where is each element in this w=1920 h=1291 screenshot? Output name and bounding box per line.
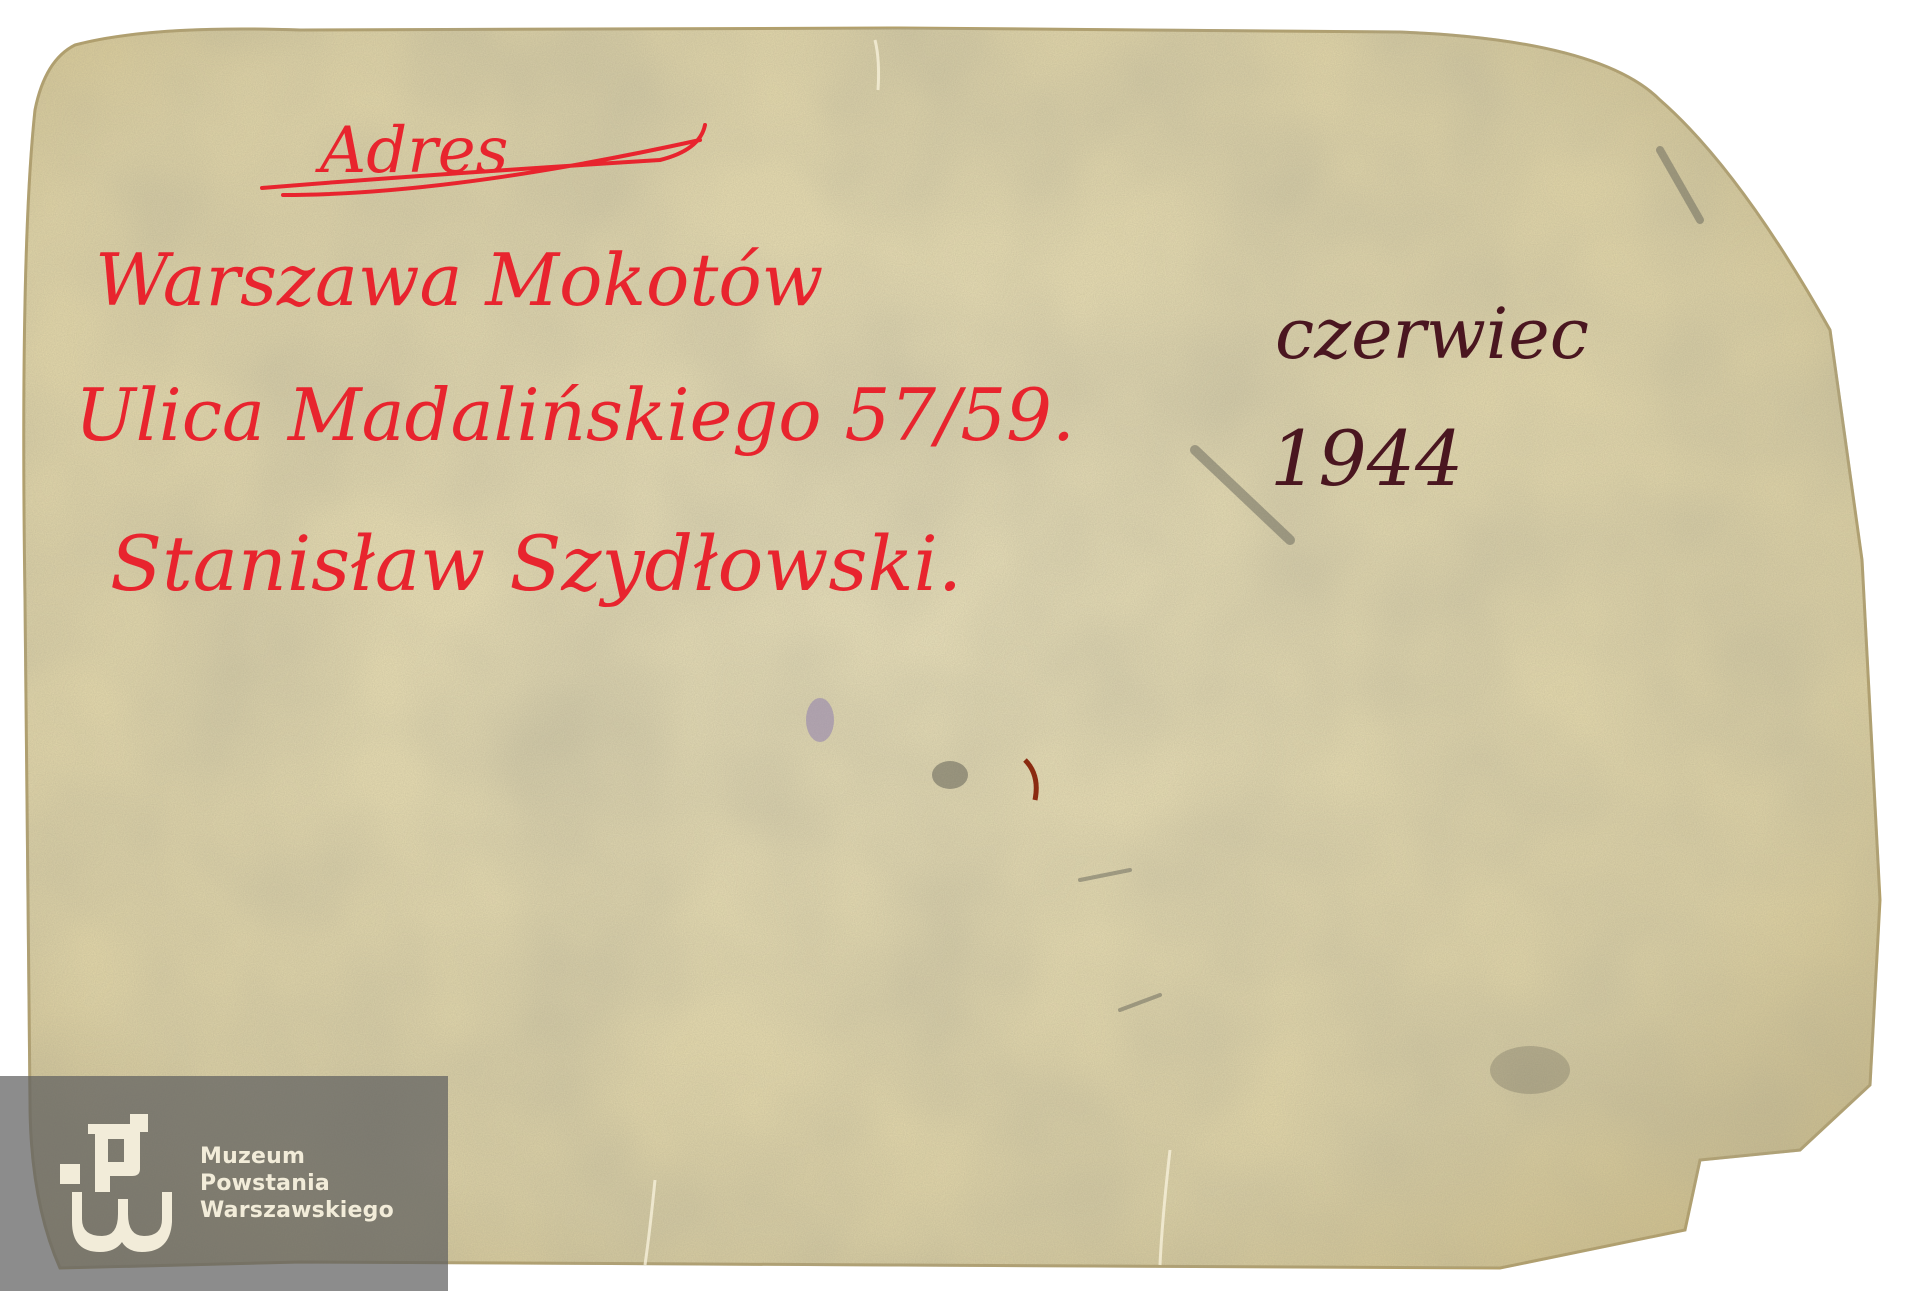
address-line-2: Ulica Madalińskiego 57/59. (75, 373, 1075, 457)
museum-name-line-2: Powstania (200, 1170, 394, 1197)
kotwica-anchor-logo-icon (60, 1114, 180, 1254)
museum-name: Muzeum Powstania Warszawskiego (200, 1143, 394, 1224)
recipient-name: Stanisław Szydłowski. (110, 519, 962, 608)
museum-name-line-3: Warszawskiego (200, 1197, 394, 1224)
date-month: czerwiec (1275, 293, 1589, 375)
museum-watermark: Muzeum Powstania Warszawskiego (0, 1076, 448, 1291)
date-year: 1944 (1270, 414, 1463, 503)
address-line-1: Warszawa Mokotów (95, 238, 823, 322)
museum-name-line-1: Muzeum (200, 1143, 394, 1170)
violet-mark (806, 698, 834, 742)
